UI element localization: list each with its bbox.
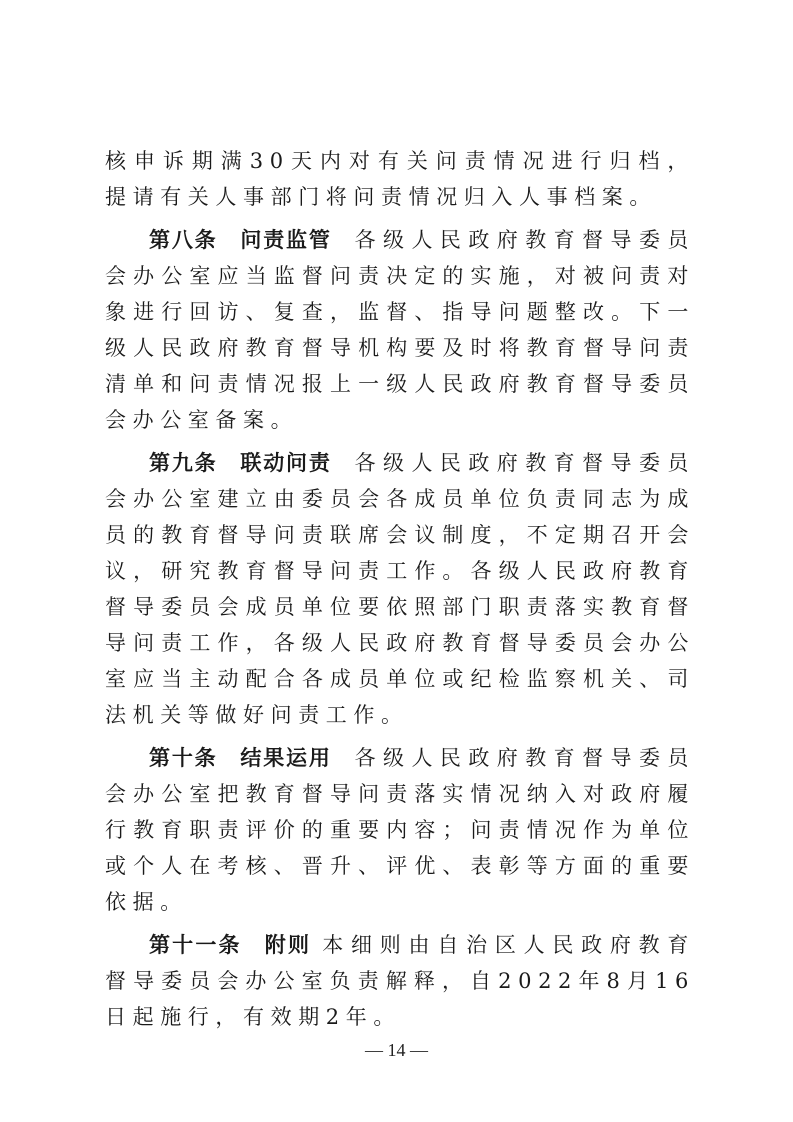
article-body: 各级人民政府教育督导委员会办公室把教育督导问责落实情况纳入对政府履行教育职责评价… [105, 746, 695, 914]
article-9: 第九条联动问责各级人民政府教育督导委员会办公室建立由委员会各成员单位负责同志为成… [105, 445, 695, 733]
article-title: 联动问责 [240, 451, 332, 475]
article-title: 附则 [264, 933, 311, 957]
article-body: 各级人民政府教育督导委员会办公室应当监督问责决定的实施，对被问责对象进行回访、复… [105, 228, 695, 432]
article-title: 问责监管 [240, 228, 332, 252]
article-number: 第十一条 [149, 933, 242, 957]
article-number: 第八条 [149, 228, 218, 252]
article-11: 第十一条附则本细则由自治区人民政府教育督导委员会办公室负责解释，自2022年8月… [105, 927, 695, 1035]
article-number: 第十条 [149, 746, 218, 770]
document-body: 核申诉期满30天内对有关问责情况进行归档，提请有关人事部门将问责情况归入人事档案… [105, 143, 695, 1042]
article-8: 第八条问责监管各级人民政府教育督导委员会办公室应当监督问责决定的实施，对被问责对… [105, 222, 695, 438]
page-number: — 14 — [0, 1040, 793, 1061]
article-number: 第九条 [149, 451, 218, 475]
continuation-paragraph: 核申诉期满30天内对有关问责情况进行归档，提请有关人事部门将问责情况归入人事档案… [105, 143, 695, 215]
article-10: 第十条结果运用各级人民政府教育督导委员会办公室把教育督导问责落实情况纳入对政府履… [105, 740, 695, 920]
article-title: 结果运用 [240, 746, 332, 770]
article-body: 各级人民政府教育督导委员会办公室建立由委员会各成员单位负责同志为成员的教育督导问… [105, 451, 695, 727]
